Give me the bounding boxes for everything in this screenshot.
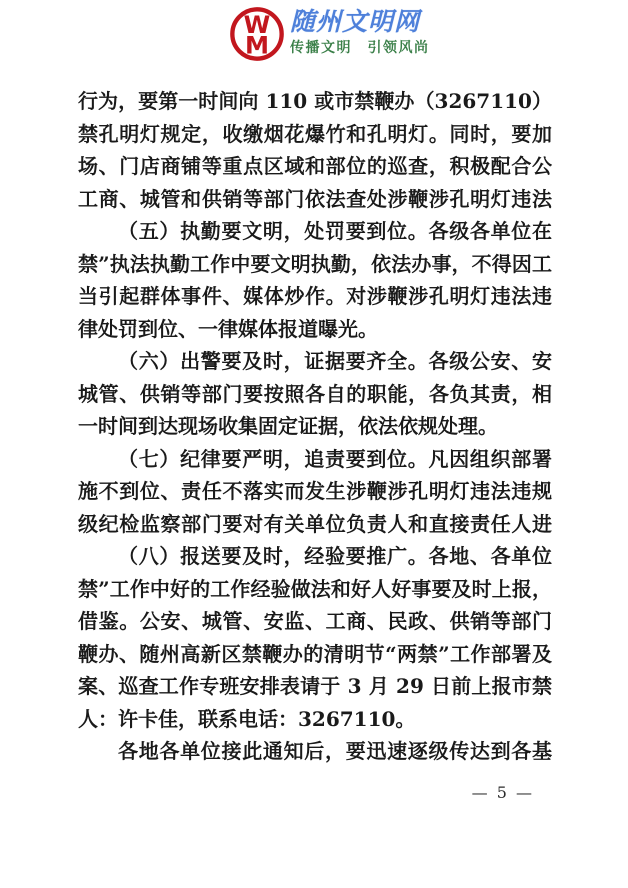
- text-line: 禁”工作中好的工作经验做法和好人好事要及时上报，推广学习: [78, 573, 552, 606]
- text-line: （五）执勤要文明，处罚要到位。各级各单位在清明节“两: [78, 215, 552, 248]
- paragraph: （六）出警要及时，证据要齐全。各级公安、安监、工商、城管、供销等部门要按照各自的…: [78, 345, 552, 443]
- site-header-text: 随州文明网 传播文明 引领风尚: [290, 5, 430, 57]
- document-page: W M 随州文明网 传播文明 引领风尚 行为，要第一时间向 110 或市禁鞭办（…: [0, 0, 628, 888]
- text-line: 禁”执法执勤工作中要文明执勤，依法办事，不得因工作方法不: [78, 248, 552, 281]
- page-number: — 5 —: [472, 783, 534, 802]
- text-line: 当引起群体事件、媒体炒作。对涉鞭涉孔明灯违法违规行为要一: [78, 280, 552, 313]
- document-body: 行为，要第一时间向 110 或市禁鞭办（3267110）举报，宣传禁鞭禁孔明灯规…: [78, 85, 552, 768]
- paragraph: （五）执勤要文明，处罚要到位。各级各单位在清明节“两禁”执法执勤工作中要文明执勤…: [78, 215, 552, 345]
- text-line: 人：许卡佳，联系电话：3267110。: [78, 703, 552, 736]
- text-line: 级纪检监察部门要对有关单位负责人和直接责任人进行问责追责。: [78, 508, 552, 541]
- site-header: W M 随州文明网 传播文明 引领风尚: [228, 5, 430, 63]
- paragraph: （七）纪律要严明，追责要到位。凡因组织部署不严密、措施不到位、责任不落实而发生涉…: [78, 443, 552, 541]
- text-line: 禁孔明灯规定，收缴烟花爆竹和孔明灯。同时，要加强对集贸市: [78, 118, 552, 151]
- paragraph: 各地各单位接此通知后，要迅速逐级传达到各基层单位、街: [78, 735, 552, 768]
- paragraph: （八）报送要及时，经验要推广。各地、各单位在清明节“两禁”工作中好的工作经验做法…: [78, 540, 552, 735]
- text-line: （七）纪律要严明，追责要到位。凡因组织部署不严密、措: [78, 443, 552, 476]
- text-line: （六）出警要及时，证据要齐全。各级公安、安监、工商、: [78, 345, 552, 378]
- text-line: 鞭办、随州高新区禁鞭办的清明节“两禁”工作部署及工作方: [78, 638, 552, 671]
- paragraph: 行为，要第一时间向 110 或市禁鞭办（3267110）举报，宣传禁鞭禁孔明灯规…: [78, 85, 552, 215]
- text-line: 律处罚到位、一律媒体报道曝光。: [78, 313, 552, 346]
- text-line: 各地各单位接此通知后，要迅速逐级传达到各基层单位、街: [78, 735, 552, 768]
- text-line: （八）报送要及时，经验要推广。各地、各单位在清明节“两: [78, 540, 552, 573]
- text-line: 一时间到达现场收集固定证据，依法依规处理。: [78, 410, 552, 443]
- svg-text:M: M: [245, 31, 269, 59]
- text-line: 城管、供销等部门要按照各自的职能，各负其责，相互配合，第: [78, 378, 552, 411]
- text-line: 案、巡查工作专班安排表请于 3 月 29 日前上报市禁鞭办。联系: [78, 670, 552, 703]
- site-tagline: 传播文明 引领风尚: [290, 39, 430, 57]
- text-line: 行为，要第一时间向 110 或市禁鞭办（3267110）举报，宣传禁鞭: [78, 85, 552, 118]
- text-line: 工商、城管和供销等部门依法查处涉鞭涉孔明灯违法违规行为。: [78, 183, 552, 216]
- site-name: 随州文明网: [290, 5, 430, 39]
- wm-monogram-logo-icon: W M: [228, 5, 286, 63]
- text-line: 施不到位、责任不落实而发生涉鞭涉孔明灯违法违规行为的，各: [78, 475, 552, 508]
- text-line: 场、门店商铺等重点区域和部位的巡查，积极配合公安、安监、: [78, 150, 552, 183]
- text-line: 借鉴。公安、城管、安监、工商、民政、供销等部门和曾都区禁: [78, 605, 552, 638]
